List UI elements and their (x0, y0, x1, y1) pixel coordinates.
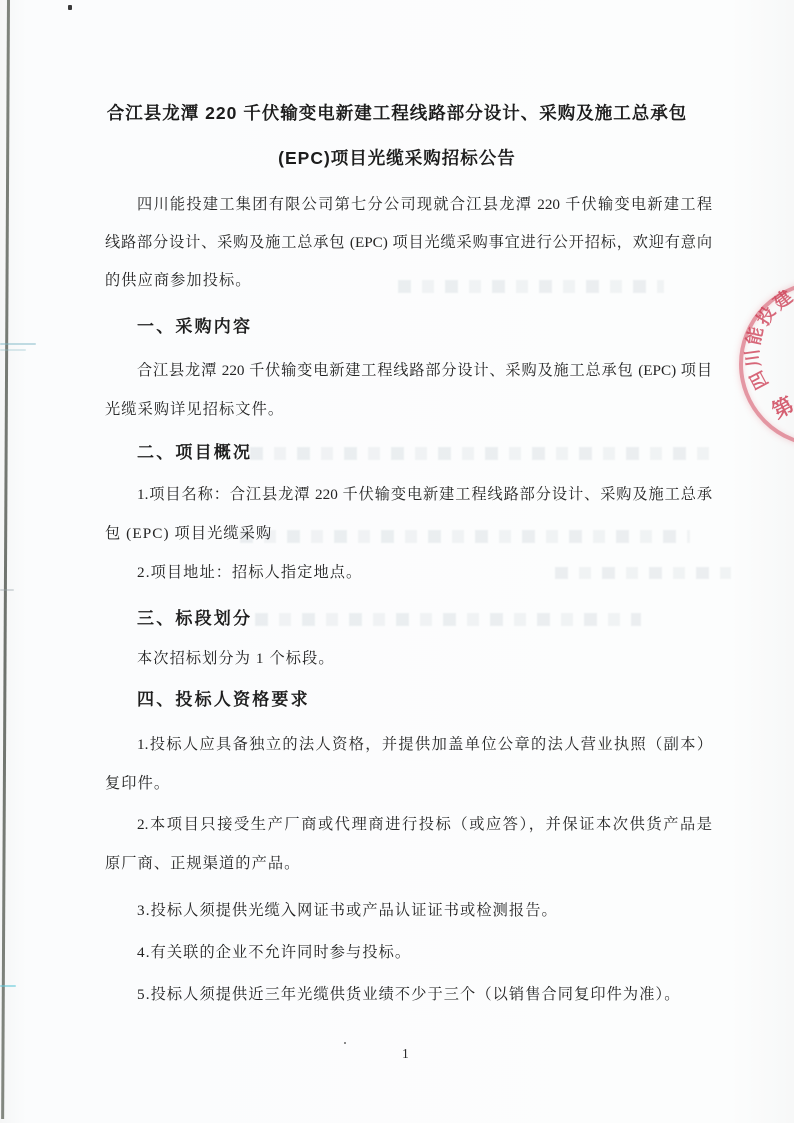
section-4-line: 2.本项目只接受生产厂商或代理商进行投标（或应答），并保证本次供货产品是 (137, 816, 712, 835)
scan-scratch (0, 589, 14, 591)
bleed-through-mark (555, 567, 731, 579)
section-4-line: 1.投标人应具备独立的法人资格，并提供加盖单位公章的法人营业执照（副本） (137, 736, 712, 755)
intro-line: 的供应商参加投标。 (105, 272, 252, 291)
scan-speck (68, 5, 72, 10)
scanned-document-page: 合江县龙潭 220 千伏输变电新建工程线路部分设计、采购及施工总承包 (EPC)… (0, 0, 794, 1123)
section-2-line: 包 (EPC) 项目光缆采购 (105, 525, 272, 544)
section-1-line: 合江县龙潭 220 千伏输变电新建工程线路部分设计、采购及施工总承包 (EPC)… (137, 362, 712, 381)
section-4-heading: 四、投标人资格要求 (137, 690, 310, 711)
section-1-line: 光缆采购详见招标文件。 (105, 401, 284, 420)
section-4-line: 3.投标人须提供光缆入网证书或产品认证证书或检测报告。 (137, 902, 558, 921)
scan-speck (344, 1042, 346, 1044)
section-4-line: 4.有关联的企业不允许同时参与投标。 (137, 944, 411, 963)
section-4-line: 复印件。 (105, 775, 170, 794)
section-2-heading: 二、项目概况 (137, 443, 252, 464)
page-number: 1 (402, 1046, 409, 1062)
bleed-through-mark (240, 530, 690, 543)
section-3-line: 本次招标划分为 1 个标段。 (137, 650, 335, 669)
document-title-line-1: 合江县龙潭 220 千伏输变电新建工程线路部分设计、采购及施工总承包 (0, 103, 794, 124)
section-2-line: 1.项目名称：合江县龙潭 220 千伏输变电新建工程线路部分设计、采购及施工总承 (137, 486, 712, 505)
scan-scratch (0, 985, 16, 987)
company-seal-character: 川 (742, 347, 765, 370)
company-seal-character: 能 (743, 324, 767, 348)
document-title-line-2: (EPC)项目光缆采购招标公告 (0, 148, 794, 169)
scan-scratch (0, 349, 26, 351)
intro-line: 线路部分设计、采购及施工总承包 (EPC) 项目光缆采购事宜进行公开招标，欢迎有… (105, 234, 712, 253)
bleed-through-mark (398, 280, 664, 293)
section-4-line: 5.投标人须提供近三年光缆供货业绩不少于三个（以销售合同复印件为准）。 (137, 986, 680, 1005)
section-2-line: 2.项目地址：招标人指定地点。 (137, 564, 362, 583)
scan-scratch (0, 343, 36, 345)
bleed-through-mark (250, 447, 720, 460)
section-4-line: 原厂商、正规渠道的产品。 (105, 855, 300, 874)
bleed-through-mark (255, 613, 641, 626)
section-1-heading: 一、采购内容 (137, 317, 252, 338)
intro-line: 四川能投建工集团有限公司第七分公司现就合江县龙潭 220 千伏输变电新建工程 (137, 196, 712, 215)
section-3-heading: 三、标段划分 (137, 609, 252, 630)
